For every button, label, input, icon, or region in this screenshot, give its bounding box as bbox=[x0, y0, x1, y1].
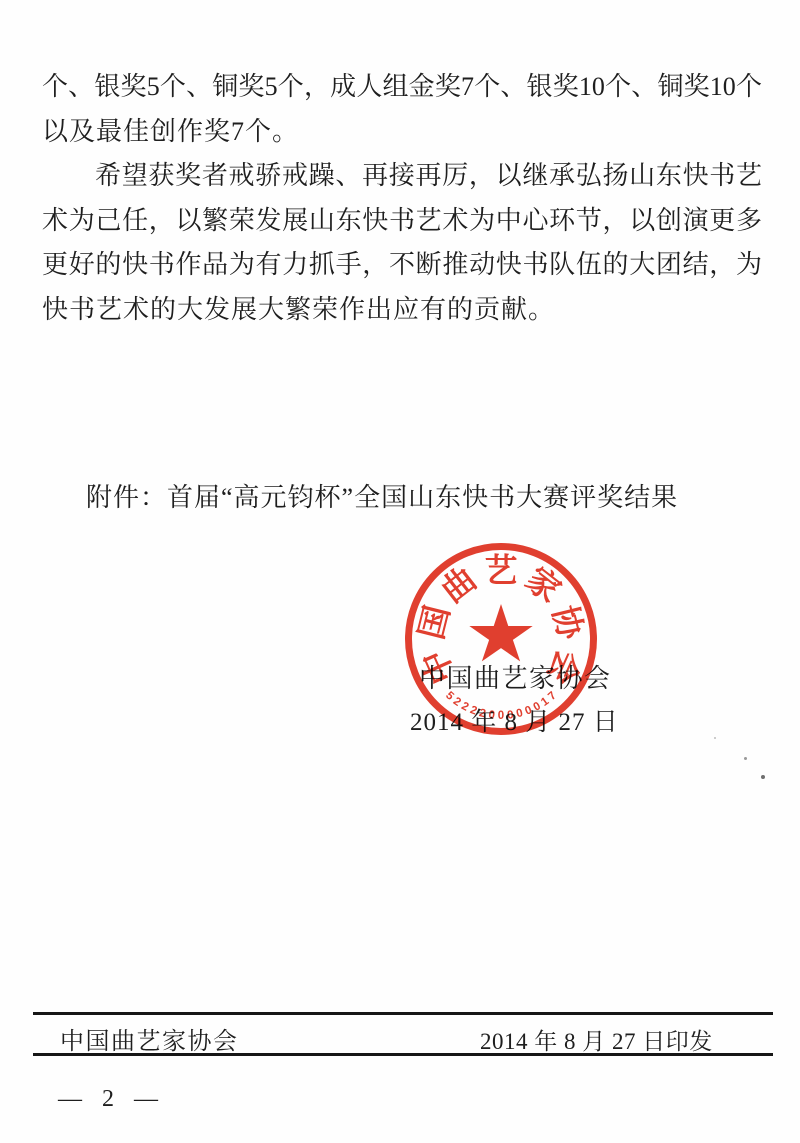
body-line: 以及最佳创作奖7个。 bbox=[42, 110, 762, 155]
seal-arc-character: 家 bbox=[517, 554, 572, 611]
signature-date: 2014 年 8 月 27 日 bbox=[410, 702, 619, 738]
scanned-document-page: 个、银奖5个、铜奖5个，成人组金奖7个、银奖10个、铜奖10个 以及最佳创作奖7… bbox=[0, 0, 800, 1143]
body-line: 希望获奖者戒骄戒躁、再接再厉，以继承弘扬山东快书艺 bbox=[42, 154, 762, 199]
scan-speck bbox=[744, 757, 747, 760]
body-line: 快书艺术的大发展大繁荣作出应有的贡献。 bbox=[42, 288, 762, 333]
scan-speck bbox=[761, 775, 765, 779]
body-line: 个、银奖5个、铜奖5个，成人组金奖7个、银奖10个、铜奖10个 bbox=[42, 65, 762, 110]
page-number: — 2 — bbox=[58, 1086, 165, 1113]
body-line: 术为己任，以繁荣发展山东快书艺术为中心环节，以创演更多 bbox=[42, 199, 762, 244]
footer-rule-top bbox=[33, 1012, 773, 1015]
signature-organization: 中国曲艺家协会 bbox=[419, 658, 612, 695]
scan-speck bbox=[714, 737, 716, 739]
seal-arc-character: 国 bbox=[405, 600, 459, 643]
attachment-line: 附件：首届“高元钧杯”全国山东快书大赛评奖结果 bbox=[86, 477, 678, 514]
seal-arc-character: 艺 bbox=[485, 545, 518, 592]
footer-rule-bottom bbox=[33, 1053, 773, 1056]
seal-arc-character: 协 bbox=[543, 600, 597, 643]
seal-arc-character: 曲 bbox=[430, 554, 485, 611]
footer-issuer: 中国曲艺家协会 bbox=[60, 1021, 239, 1056]
body-line: 更好的快书作品为有力抓手，不断推动快书队伍的大团结，为 bbox=[42, 243, 762, 288]
document-body: 个、银奖5个、铜奖5个，成人组金奖7个、银奖10个、铜奖10个 以及最佳创作奖7… bbox=[42, 65, 762, 333]
footer-issue-date: 2014 年 8 月 27 日印发 bbox=[480, 1023, 713, 1056]
